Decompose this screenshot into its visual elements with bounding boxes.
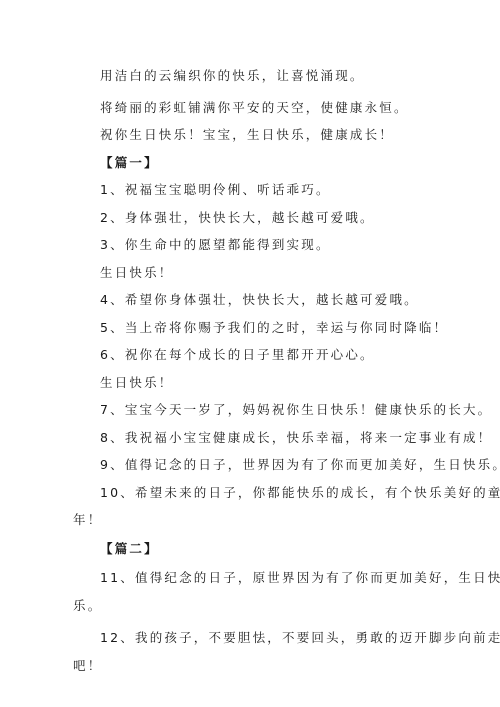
list-item: 12、我的孩子，不要胆怯，不要回头，勇敢的迈开脚步向前走	[100, 630, 500, 646]
intro-line-3: 祝你生日快乐！宝宝，生日快乐，健康成长！	[100, 127, 394, 143]
list-item: 生日快乐！	[100, 265, 174, 281]
list-item: 7、宝宝今天一岁了，妈妈祝你生日快乐！健康快乐的长大。	[100, 402, 492, 418]
list-item: 5、当上帝将你赐予我们的之时，幸运与你同时降临！	[100, 320, 448, 336]
list-item: 6、祝你在每个成长的日子里都开开心心。	[100, 347, 375, 363]
list-item-continuation: 乐。	[73, 598, 102, 614]
document-page: 用洁白的云编织你的快乐，让喜悦涌现。 将绮丽的彩虹铺满你平安的天空，使健康永恒。…	[0, 0, 500, 707]
list-item-continuation: 吧！	[73, 658, 102, 674]
list-item: 9、值得记念的日子，世界因为有了你而更加美好，生日快乐。	[100, 457, 500, 473]
list-item: 2、身体强壮，快快长大，越长越可爱哦。	[100, 210, 375, 226]
list-item: 1、祝福宝宝聪明伶俐、听话乖巧。	[100, 182, 331, 198]
section-heading-2: 【篇二】	[100, 541, 159, 557]
list-item-continuation: 年！	[73, 512, 102, 528]
list-item: 8、我祝福小宝宝健康成长，快乐幸福，将来一定事业有成！	[100, 430, 492, 446]
list-item: 10、希望未来的日子，你都能快乐的成长，有个快乐美好的童	[100, 485, 500, 501]
intro-line-2: 将绮丽的彩虹铺满你平安的天空，使健康永恒。	[100, 100, 409, 116]
list-item: 4、希望你身体强壮，快快长大，越长越可爱哦。	[100, 292, 419, 308]
list-item: 生日快乐！	[100, 375, 174, 391]
section-heading-1: 【篇一】	[100, 155, 159, 171]
intro-line-1: 用洁白的云编织你的快乐，让喜悦涌现。	[100, 68, 365, 84]
list-item: 3、你生命中的愿望都能得到实现。	[100, 237, 331, 253]
list-item: 11、值得纪念的日子，原世界因为有了你而更加美好，生日快	[100, 570, 500, 586]
